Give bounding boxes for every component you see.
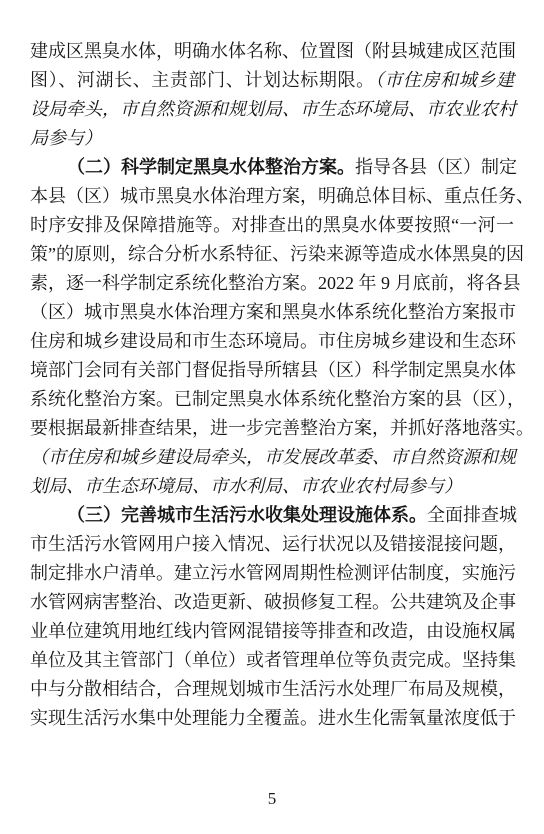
text-line: 建成区黑臭水体，明确水体名称、位置图（附县城建成区范围 (30, 37, 514, 66)
text-line: 划局、市生态环境局、市水利局、市农业农村局参与） (30, 472, 514, 501)
text-line: 素，逐一科学制定系统化整治方案。2022 年 9 月底前，将各县 (30, 269, 514, 298)
text-line: 住房和城乡建设局和市生态环境局。市住房城乡建设和生态环 (30, 327, 514, 356)
text-segment-normal: 制定排水户清单。建立污水管网周期性检测评估制度，实施污 (30, 563, 516, 583)
text-segment-normal: 素，逐一科学制定系统化整治方案。2022 年 9 月底前，将各县 (30, 273, 521, 293)
text-line: 境部门会同有关部门督促指导所辖县（区）科学制定黑臭水体 (30, 356, 514, 385)
text-line: 设局牵头，市自然资源和规划局、市生态环境局、市农业农村 (30, 95, 514, 124)
text-segment-kai: 设局牵头，市自然资源和规划局、市生态环境局、市农业农村 (30, 99, 516, 119)
text-segment-normal: 要根据最新排查结果，进一步完善整治方案，并抓好落地落实。 (30, 418, 534, 438)
text-line: 制定排水户清单。建立污水管网周期性检测评估制度，实施污 (30, 559, 514, 588)
text-line: 图）、河湖长、主责部门、计划达标期限。（市住房和城乡建 (30, 66, 514, 95)
text-segment-normal: 中与分散相结合，合理规划城市生活污水处理厂布局及规模， (30, 679, 516, 699)
text-line: 策”的原则，综合分析水系特征、污染来源等造成水体黑臭的因 (30, 240, 514, 269)
text-segment-kai: （市住房和城乡建 (375, 70, 514, 90)
text-line: （二）科学制定黑臭水体整治方案。指导各县（区）制定 (30, 153, 514, 182)
text-segment-normal: 全面排查城 (427, 505, 517, 525)
text-line: （市住房和城乡建设局牵头，市发展改革委、市自然资源和规 (30, 443, 514, 472)
text-line: （区）城市黑臭水体治理方案和黑臭水体系统化整治方案报市 (30, 298, 514, 327)
text-segment-kai: 划局、市生态环境局、市水利局、市农业农村局参与） (30, 476, 462, 496)
page-number: 5 (0, 786, 544, 812)
document-body: 建成区黑臭水体，明确水体名称、位置图（附县城建成区范围图）、河湖长、主责部门、计… (30, 37, 514, 733)
text-segment-normal: 业单位建筑用地红线内管网混错接等排查和改造，由设施权属 (30, 621, 516, 641)
text-line: 中与分散相结合，合理规划城市生活污水处理厂布局及规模， (30, 675, 514, 704)
text-segment-normal: 水管网病害整治、改造更新、破损修复工程。公共建筑及企事 (30, 592, 516, 612)
text-segment-normal: 市生活污水管网用户接入情况、运行状况以及错接混接问题， (30, 534, 516, 554)
text-line: 局参与） (30, 124, 514, 153)
text-segment-normal: 时序安排及保障措施等。对排查出的黑臭水体要按照“一河一 (30, 215, 514, 235)
text-segment-normal: 建成区黑臭水体，明确水体名称、位置图（附县城建成区范围 (30, 41, 516, 61)
text-segment-kai: 局参与） (30, 128, 102, 148)
text-line: 水管网病害整治、改造更新、破损修复工程。公共建筑及企事 (30, 588, 514, 617)
text-segment-normal: 图）、河湖长、主责部门、计划达标期限。 (30, 70, 375, 90)
text-line: 本县（区）城市黑臭水体治理方案，明确总体目标、重点任务、 (30, 182, 514, 211)
text-segment-normal: 单位及其主管部门（单位）或者管理单位等负责完成。坚持集 (30, 650, 516, 670)
text-line: 业单位建筑用地红线内管网混错接等排查和改造，由设施权属 (30, 617, 514, 646)
text-line: 系统化整治方案。已制定黑臭水体系统化整治方案的县（区）， (30, 385, 514, 414)
text-segment-normal: 指导各县（区）制定 (355, 157, 517, 177)
document-page: 建成区黑臭水体，明确水体名称、位置图（附县城建成区范围图）、河湖长、主责部门、计… (0, 0, 544, 834)
text-segment-normal: 境部门会同有关部门督促指导所辖县（区）科学制定黑臭水体 (30, 360, 516, 380)
text-segment-normal: 本县（区）城市黑臭水体治理方案，明确总体目标、重点任务、 (30, 186, 534, 206)
text-segment-normal: 系统化整治方案。已制定黑臭水体系统化整治方案的县（区）， (30, 389, 525, 409)
text-line: 单位及其主管部门（单位）或者管理单位等负责完成。坚持集 (30, 646, 514, 675)
text-segment-normal: 实现生活污水集中处理能力全覆盖。进水生化需氧量浓度低于 (30, 708, 516, 728)
text-line: 要根据最新排查结果，进一步完善整治方案，并抓好落地落实。 (30, 414, 514, 443)
text-segment-normal: 策”的原则，综合分析水系特征、污染来源等造成水体黑臭的因 (30, 244, 524, 264)
text-line: （三）完善城市生活污水收集处理设施体系。全面排查城 (30, 501, 514, 530)
text-segment-normal: 住房和城乡建设局和市生态环境局。市住房城乡建设和生态环 (30, 331, 516, 351)
text-line: 时序安排及保障措施等。对排查出的黑臭水体要按照“一河一 (30, 211, 514, 240)
text-segment-normal: （区）城市黑臭水体治理方案和黑臭水体系统化整治方案报市 (30, 302, 516, 322)
text-line: 市生活污水管网用户接入情况、运行状况以及错接混接问题， (30, 530, 514, 559)
text-segment-bold: （三）完善城市生活污水收集处理设施体系。 (67, 505, 427, 525)
text-segment-kai: （市住房和城乡建设局牵头，市发展改革委、市自然资源和规 (30, 447, 516, 467)
text-line: 实现生活污水集中处理能力全覆盖。进水生化需氧量浓度低于 (30, 704, 514, 733)
text-segment-bold: （二）科学制定黑臭水体整治方案。 (67, 157, 355, 177)
